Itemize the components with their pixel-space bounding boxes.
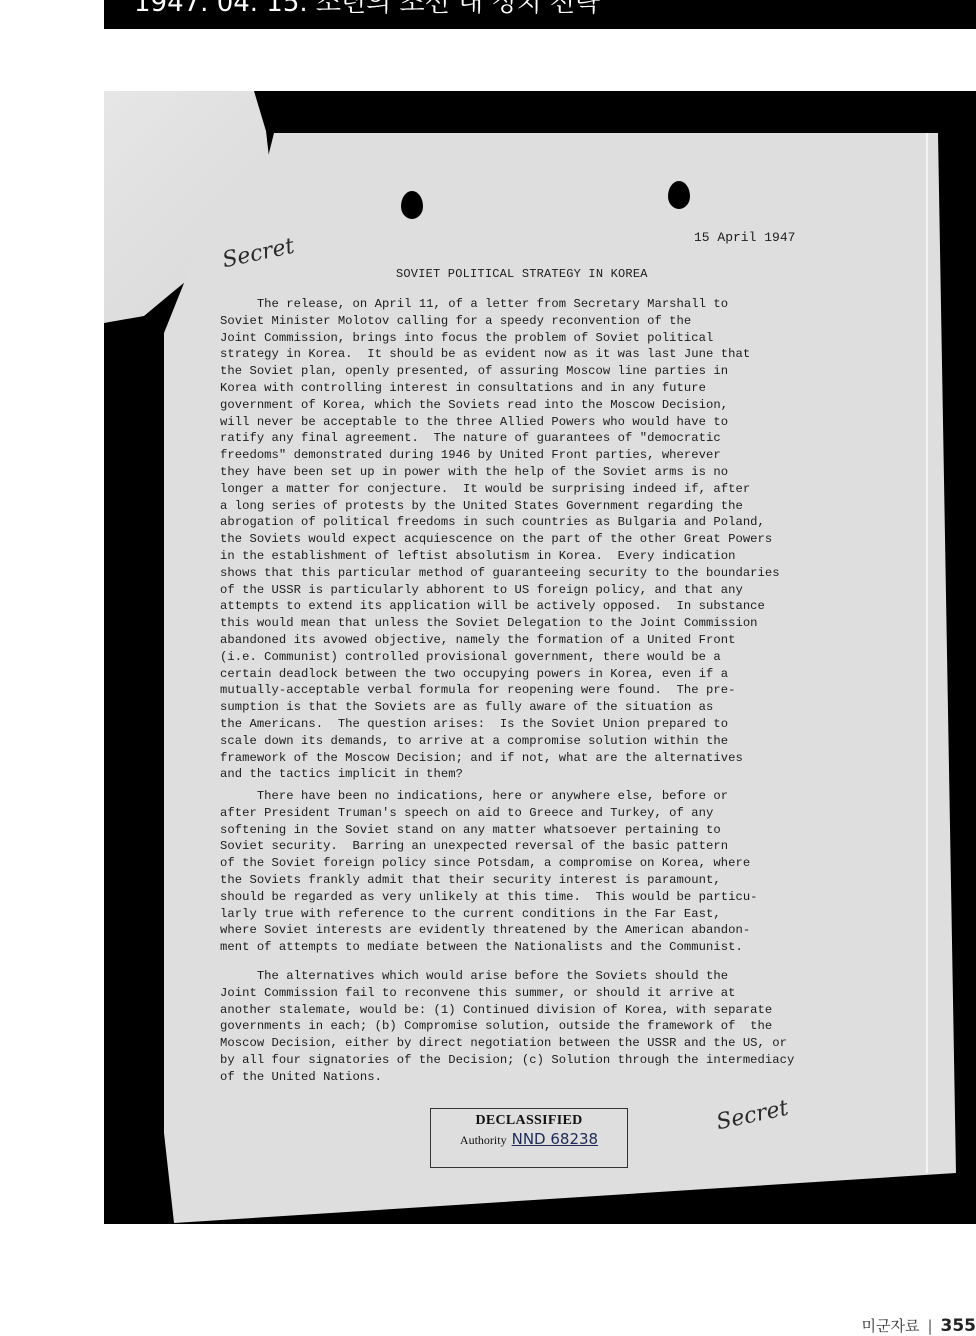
- section-banner: 1947. 04. 15. 소련의 조선 내 정치 전략: [104, 0, 976, 29]
- secret-marking-bottom: Secret: [714, 1096, 790, 1136]
- stamp-authority-label: Authority: [460, 1133, 507, 1147]
- memo-paragraph: There have been no indications, here or …: [220, 788, 880, 956]
- page-number: 355: [941, 1316, 976, 1336]
- memo-paragraph: The alternatives which would arise befor…: [220, 968, 880, 1086]
- typed-memo: Secret 15 April 1947 SOVIET POLITICAL ST…: [104, 91, 976, 1224]
- footer-section-label: 미군자료: [861, 1317, 919, 1335]
- footer-separator: |: [927, 1317, 932, 1335]
- document-photo: Secret 15 April 1947 SOVIET POLITICAL ST…: [104, 91, 976, 1224]
- memo-date: 15 April 1947: [694, 230, 795, 245]
- stamp-title: DECLASSIFIED: [431, 1113, 627, 1129]
- memo-paragraph: The release, on April 11, of a letter fr…: [220, 296, 880, 783]
- secret-marking-top: Secret: [220, 234, 296, 274]
- declassified-stamp: DECLASSIFIED Authority NND 68238: [430, 1108, 628, 1168]
- memo-title: SOVIET POLITICAL STRATEGY IN KOREA: [396, 267, 648, 281]
- banner-title: 1947. 04. 15. 소련의 조선 내 정치 전략: [134, 0, 600, 19]
- stamp-authority: Authority NND 68238: [431, 1130, 627, 1148]
- page-footer: 미군자료|355: [861, 1315, 976, 1336]
- stamp-authority-number: NND 68238: [512, 1130, 598, 1148]
